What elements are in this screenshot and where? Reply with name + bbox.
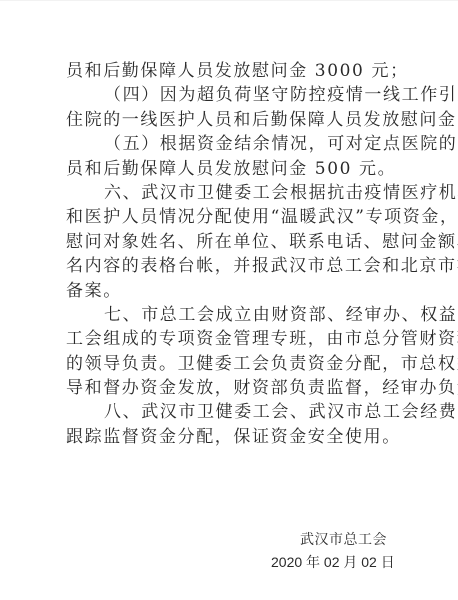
text-line: 导和督办资金发放，财资部负责监督，经审办负责专项审计。 (66, 376, 398, 400)
text-line: 名内容的表格台帐，并报武汉市总工会和北京市温暖基金会 (66, 254, 398, 278)
text-line: 住院的一线医护人员和后勤保障人员发放慰问金 2000 元。 (66, 108, 398, 132)
text-line: 和医护人员情况分配使用“温暖武汉”专项资金，建立包括 (66, 205, 398, 229)
document-page: 员和后勤保障人员发放慰问金 3000 元； （四）因为超负荷坚守防控疫情一线工作… (0, 0, 458, 600)
text-line: 工会组成的专项资金管理专班，由市总分管财资和权益保障 (66, 327, 398, 351)
text-line: 跟踪监督资金分配，保证资金安全使用。 (66, 425, 398, 449)
text-line: 七、市总工会成立由财资部、经审办、权益部和卫健委 (66, 303, 398, 327)
text-line: 慰问对象姓名、所在单位、联系电话、慰问金额、收款人签 (66, 230, 398, 254)
text-line: 六、武汉市卫健委工会根据抗击疫情医疗机构收治病患 (66, 181, 398, 205)
text-line: 的领导负责。卫健委工会负责资金分配，市总权益部负责指 (66, 352, 398, 376)
text-line: （五）根据资金结余情况，可对定点医院的一线医护人 (66, 132, 398, 156)
signature-organization: 武汉市总工会 (300, 529, 387, 549)
text-line: （四）因为超负荷坚守防控疫情一线工作引发其他疾病 (66, 83, 398, 107)
text-line: 备案。 (66, 279, 398, 303)
text-line: 八、武汉市卫健委工会、武汉市总工会经费审查委员会 (66, 400, 398, 424)
document-body: 员和后勤保障人员发放慰问金 3000 元； （四）因为超负荷坚守防控疫情一线工作… (66, 59, 398, 449)
signature-date: 2020 年 02 月 02 日 (271, 552, 395, 572)
text-line: 员和后勤保障人员发放慰问金 3000 元； (66, 59, 398, 83)
text-line: 员和后勤保障人员发放慰问金 500 元。 (66, 157, 398, 181)
